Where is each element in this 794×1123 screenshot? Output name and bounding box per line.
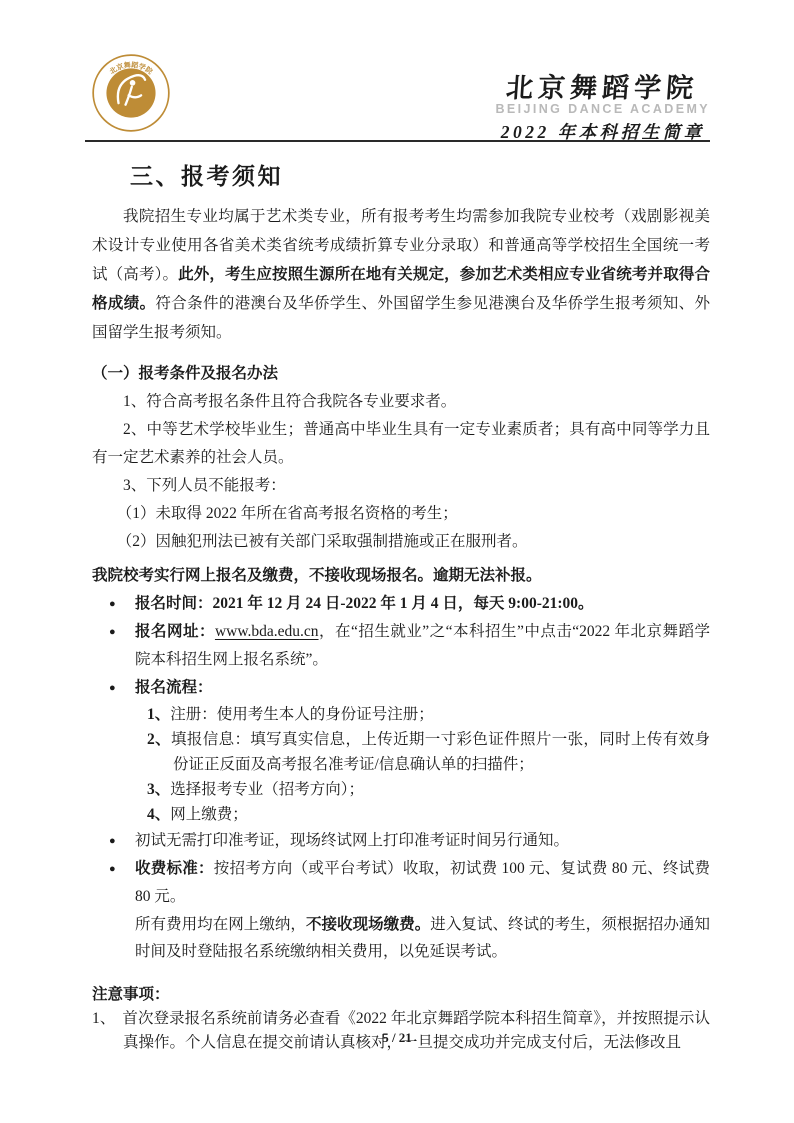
- registration-website-link[interactable]: www.bda.edu.cn: [215, 623, 319, 640]
- step-number: 2、: [147, 731, 171, 748]
- step-number: 3、: [147, 781, 170, 798]
- process-step-4: 4、网上缴费；: [92, 802, 710, 827]
- intro-paragraph: 我院招生专业均属于艺术类专业，所有报考考生均需参加我院专业校考（戏剧影视美术设计…: [92, 202, 710, 347]
- step-text: 选择报考专业（招考方向）；: [170, 781, 364, 798]
- requirement-item-1: 1、符合高考报名条件且符合我院各专业要求者。: [92, 388, 710, 416]
- fee-standard-label: 收费标准：: [135, 860, 214, 877]
- registration-time-value: 2021 年 12 月 24 日-2022 年 1 月 4 日，每天 9:00-…: [213, 595, 594, 612]
- notes-heading: 注意事项：: [92, 983, 710, 1007]
- bullet-icon: ●: [109, 855, 116, 883]
- process-step-3: 3、选择报考专业（招考方向）；: [92, 777, 710, 802]
- fee-standard-text: 按招考方向（或平台考试）收取，初试费 100 元、复试费 80 元、终试费 80…: [135, 860, 710, 905]
- academy-seal-logo: 北京舞蹈学院 BEIJING DANCE ACADEMY: [92, 54, 170, 132]
- header-rule: [85, 140, 710, 142]
- bullet-icon: ●: [109, 618, 116, 646]
- document-body: 三、报考须知 我院招生专业均属于艺术类专业，所有报考考生均需参加我院专业校考（戏…: [92, 152, 710, 1055]
- document-page: 北京舞蹈学院 BEIJING DANCE ACADEMY 北京舞蹈学院 BEIJ…: [0, 0, 794, 1123]
- bullet-icon: ●: [109, 827, 116, 855]
- registration-website-label: 报名网址：: [135, 623, 215, 640]
- requirement-item-3-2: （2）因触犯刑法已被有关部门采取强制措施或正在服刑者。: [92, 528, 710, 556]
- section-heading: （一）报考条件及报名办法: [92, 360, 710, 388]
- step-number: 1、: [147, 706, 170, 723]
- bullet-icon: ●: [109, 674, 116, 702]
- fee-standard: ●收费标准：按招考方向（或平台考试）收取，初试费 100 元、复试费 80 元、…: [92, 855, 710, 911]
- page-header: 北京舞蹈学院 BEIJING DANCE ACADEMY 北京舞蹈学院 BEIJ…: [92, 54, 710, 144]
- step-number: 4、: [147, 806, 170, 823]
- bullet-icon: ●: [109, 590, 116, 618]
- header-titles: 北京舞蹈学院 BEIJING DANCE ACADEMY 2022 年本科招生简…: [495, 66, 710, 144]
- school-name-cn: 北京舞蹈学院: [494, 66, 711, 105]
- admission-ticket-text: 初试无需打印准考证，现场终试网上打印准考证时间另行通知。: [135, 832, 569, 849]
- page-title: 三、报考须知: [130, 158, 710, 191]
- intro-regular-2: 符合条件的港澳台及华侨学生、外国留学生参见港澳台及华侨学生报考须知、外国留学生报…: [92, 295, 710, 341]
- registration-website: ●报名网址：www.bda.edu.cn，在“招生就业”之“本科招生”中点击“2…: [92, 618, 710, 674]
- registration-time: ●报名时间：2021 年 12 月 24 日-2022 年 1 月 4 日，每天…: [92, 590, 710, 618]
- registration-process-label: 报名流程：: [135, 679, 213, 696]
- online-registration-notice: 我院校考实行网上报名及缴费，不接收现场报名。逾期无法补报。: [92, 562, 710, 590]
- registration-process: ●报名流程：: [92, 674, 710, 702]
- registration-time-label: 报名时间：: [135, 595, 213, 612]
- admission-ticket-note: ●初试无需打印准考证，现场终试网上打印准考证时间另行通知。: [92, 827, 710, 855]
- step-text: 网上缴费；: [170, 806, 248, 823]
- step-text: 注册：使用考生本人的身份证号注册；: [170, 706, 434, 723]
- process-step-2: 2、填报信息：填写真实信息，上传近期一寸彩色证件照片一张，同时上传有效身份证正反…: [92, 727, 710, 777]
- process-step-1: 1、注册：使用考生本人的身份证号注册；: [92, 702, 710, 727]
- fee-note-regular-1: 所有费用均在网上缴纳，: [135, 916, 306, 933]
- page-number: 5 / 21: [0, 1030, 794, 1046]
- fee-note-bold: 不接收现场缴费。: [306, 916, 430, 933]
- requirement-item-2: 2、中等艺术学校毕业生；普通高中毕业生具有一定专业素质者；具有高中同等学力且有一…: [92, 416, 710, 472]
- fee-payment-note: 所有费用均在网上缴纳，不接收现场缴费。进入复试、终试的考生，须根据招办通知时间及…: [92, 911, 710, 965]
- step-text: 填报信息：填写真实信息，上传近期一寸彩色证件照片一张，同时上传有效身份证正反面及…: [171, 731, 710, 773]
- note-number: 1、: [92, 1010, 115, 1027]
- requirement-item-3: 3、下列人员不能报考：: [92, 472, 710, 500]
- requirement-item-3-1: （1）未取得 2022 年所在省高考报名资格的考生；: [92, 500, 710, 528]
